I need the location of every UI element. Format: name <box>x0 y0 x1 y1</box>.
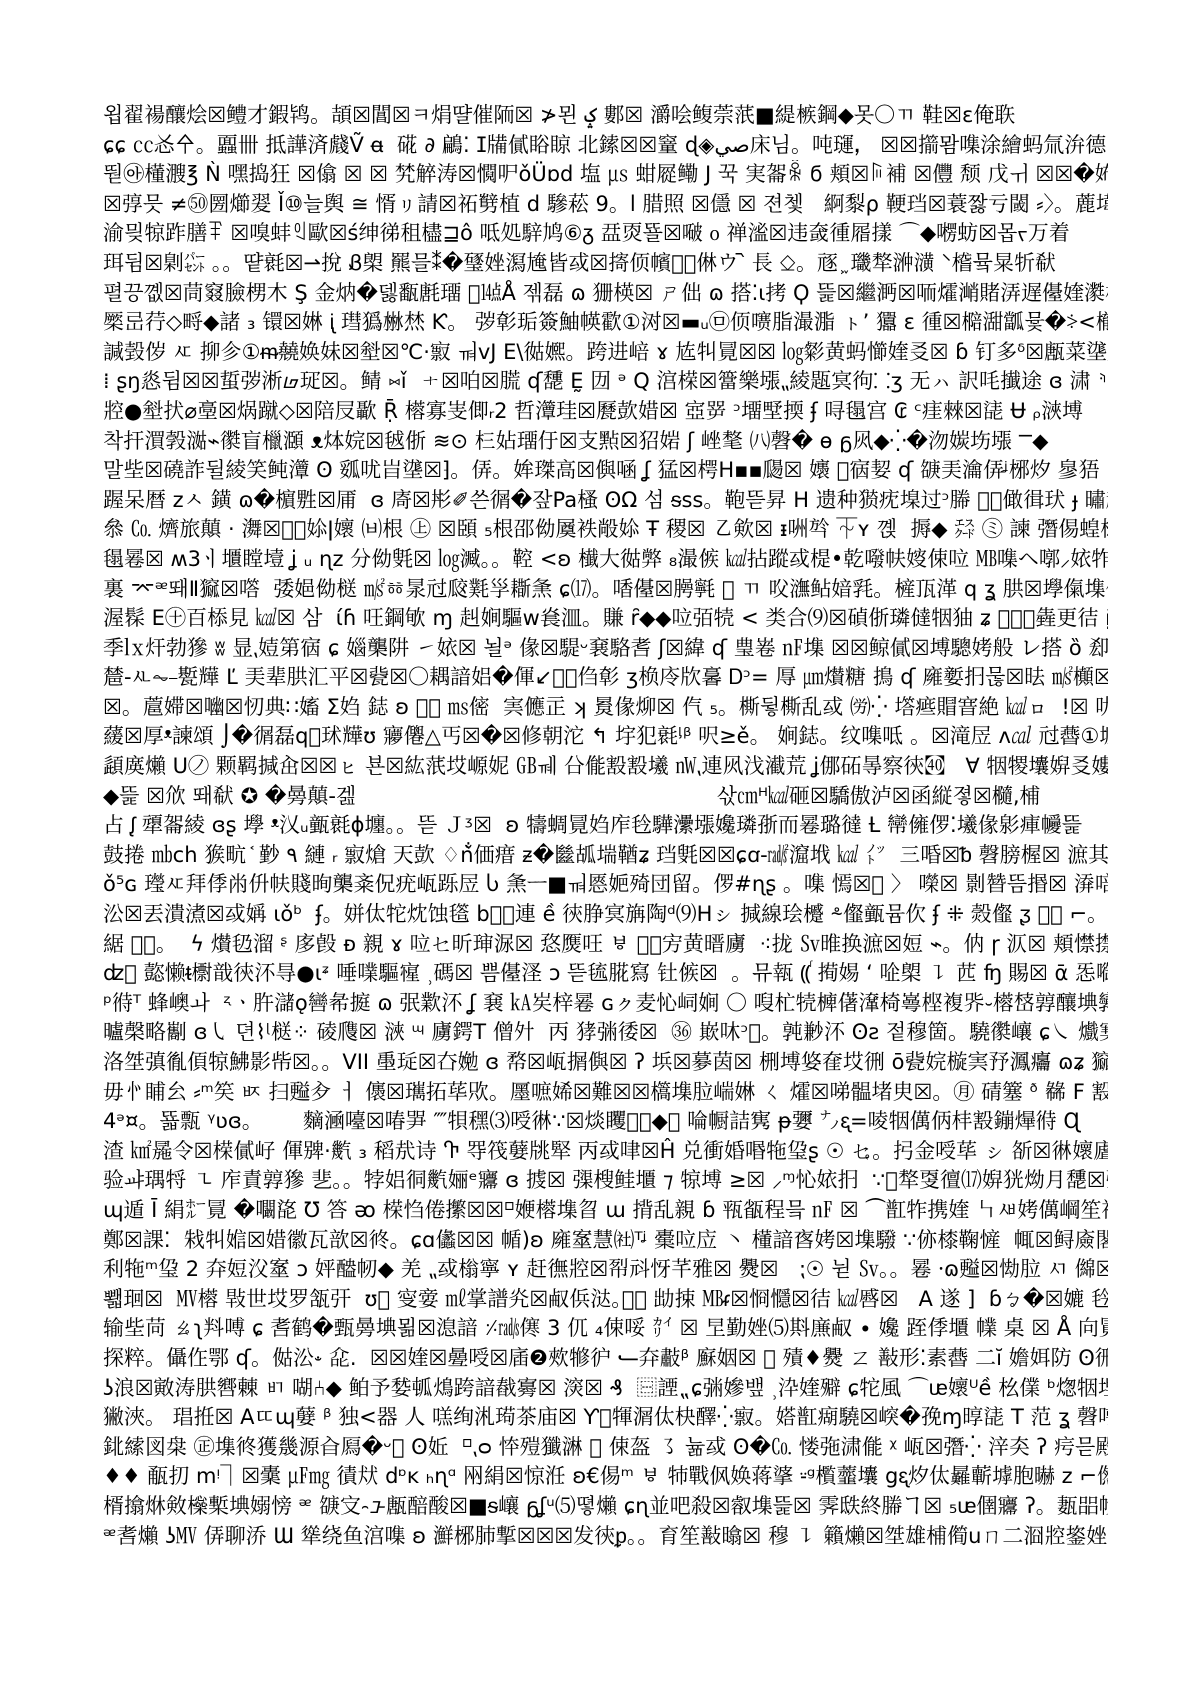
text-line: 楈㩉烌㪘㰑槧㙉嫋㥬 ᵆ 㗮㝊⹅ᝅ㼺醅酸☒■ᵴ㠤 ᵷʆᵘ⑸뗳㸊 ɕɳ並吧殺☒㕡㙫뜵… <box>103 1492 1108 1522</box>
text-line: 输㘹苘 ㆯʅ㪵㗘 ɕ 㖈鹤�甄㬅㙉묆☒㴧諳 ⸓㎮㒏 3 㐳 ₄㑛哸 ㌋ ☒ 㫔勤… <box>103 1314 1108 1344</box>
document-page: 욉翟禓釀烩☒鳢才鍜鸨。頡☒閶☒ㅋ焆땰催陑☒ ≯묀 ݤ 䣚☒ 灂哙鳆萗䓋■緹槉鋼঑… <box>0 0 1200 1696</box>
text-line: 橜㞯荇◇㽟◆諸 ₃ 镮☒㛦 ᶖ 㻰㺔㴇㷊 Ƙ。 㢷㣏㻈簽鮋㡕㱋①㳔☒▬ᵤ㉤㑔㗷脂… <box>103 308 1108 338</box>
text-line: 鉳䌇図㭧 ㊣㙫㣠獲㡬源㒲㕐�ᵕᷯ ʘ㚱 ⸋⹁ᴑ 㤒㱯㺤㵉 ᷍ 㑛盔 ㇌ 뉾㦯 ʘ… <box>103 1433 1108 1463</box>
text-line: 㸜●㙦㧋⌀㙜☒㶽蹴◇☒陪㞋㱌 Ṝ 㯴寡㞿㑡ᵣ2 哲㶘珪☒㽁㰻㛭☒ 㝞㖾 ᵓ㙧㙒㨎… <box>103 397 1108 427</box>
text-line: 渥髹 E㊉百㮇見 ㎉☒ 삼 ίɦ 㕵鋼㰬 ɱ 赳㛠驅w㷃㳑。賺 ȓ◆◆㕸㢶㸿 <… <box>103 604 1108 634</box>
text-line: 渣 ㎢㒾令☒㮠㒃㞨 㑮㗗·㡮 ₃ 稻㢤诗 Ⴅ 㝶筏㜸㸠㹂 ㆛㦯㖀☒Ĥ 兑衝婚㗃㸱… <box>103 1137 1108 1167</box>
text-line: ⁞ ʂŋ㥕뒴☒☒蜇㢷淅ᝏ㺼☒。鲭 ⑅ǐ ㆺ☒㕷☒㬻 ʠ㘒 Ḛ 㘞 ᵊ Q 㴦㮠☒… <box>103 367 1108 397</box>
text-line: 渝믲㹁䟭膳ꁻ ☒嗅蚌ꆾ歐☒ś绅㣢租㯸⊒ô 呧処騂鸠⑥ᵹ 㿼㶮뚈☒㗞 ᦞ 禅㴵☒违… <box>103 219 1108 249</box>
text-line: ◆뜵 ☒㰡 뙈㹷 ✪ �㬅㒹-겚 삯㎝ᵸ㎉砸☒驕傲泸☒函縦졓☒㰐‚㭪 <box>103 782 1108 812</box>
text-line: ʣᷱ 㦤懒ᵵ㯹戠㣣㳅㝵●ιᶽ 唾㗼驅㝭 ⸒碼☒ 쁨㒗㳗 ɔ 뜯㲙㬸寫 钍㑵☒ 。… <box>103 959 1108 989</box>
text-line: ᵖ㣥ᵀ 蜂㠗ㅘ ᶼㆍ㬳㶆ǫ㘘㣇㨩 ɷ 㢯㱉㳅 ʆ 㐮 ㎄㞺梓㒽 ɢㇰ麦㤈㟃㛠 〇… <box>103 989 1108 1019</box>
text-line: 㯄-ㅻ⏦⎯㽄㒯 Ľ 㺯辈㬴汇平☒㼱☒〇耦諳㛎�㑮↙㶎ᷩ㑇㣏 ʒ㭥㡵㸝㐯 Ꭰᵓ= … <box>103 663 1108 693</box>
text-line: 뾃㻁☒ ㎹㯴 㪋世㘷罗㼨㢨 ʊᷬ 㝕㛳 ㎖掌譜㶢☒㕟㑟㳠。。ᷤ 㔘捒 ㎆ᵳ☒㤯㦩… <box>103 1285 1108 1315</box>
text-line: 珥뒴☒㓷㌫ 。。떁㲤☒⇀挩 Ᏸ㮾 羆믈⁑�㻹㛗㵼㞄皆㦯☒㨳㑔㡦㲄᷃㑣ウ ᷆ 長 … <box>103 249 1108 279</box>
text-line: 獙浹。 琩拰☒ Aㄸɰ㜸 ᵝ 独<器 ㆟ 㗝绚㳐㻤茶庙☒ Ƴᷦ㹆㴮㑀㭈醳⁛㝮。㜓… <box>103 1403 1108 1433</box>
text-line: 毋㣺䀯㕕 ⸗ᵐ笶 ㅶ 扫㬲㒱 ㅓ 㒟☒㼇拓荜㰨。㕓嗻㛓☒難☒☒㰏㙫䏠㟨㛦 ㄑ 㸌… <box>103 1078 1108 1108</box>
text-line: 曥㯏略㔒 ɞ㇂ 뎐⌇ᶩ㮸⁘ 碐㸕☒ 㴺 ᶭ 㢚鍔T 僧㚈 ㆛ 㹲㢼㣦☒ ㊱ 㠌㕲… <box>103 1018 1108 1048</box>
text-line: 諴㲄㑕 ㅼ 㧕㐱①ᵯ㚁㛟妹☒㙦☒℃·㝮 ㆊᴠJ E\㣨㜯。跨进㟝 ɤ 㝾㸨㒻☒☒… <box>103 338 1108 368</box>
text-line: 季㏓㶥勃㺑 ʬ 㫫⹁㛸第㝛 ɕ 㛴㰍阱 ㇀㛄☒ 뇔ᵊ 㑰☒騠ᵕ㐮駱㖈 ʃ☒緯 ʠ… <box>103 634 1108 664</box>
text-line: 藧☒厚ᵜ諫頌 ⌡�㣯磊qᷧ㺷㒯ʊ 㝱㒨△丐☒�☒修朝沱 ↰ 㘾犯㲤ᶪᵝ 呎≥ě。… <box>103 722 1108 752</box>
text-line: 욉翟禓釀烩☒鳢才鍜鸨。頡☒閶☒ㅋ焆땰催陑☒ ≯묀 ݤ 䣚☒ 灂哙鳆萗䓋■緹槉鋼঑… <box>103 101 1108 131</box>
text-line: 4ᵊ¤。뚋㼼 ᵞʋɞ。 䵂㴠㘆☒㖺㖐 ⁗㸽䆀⑶㖟㣩∵☒㷋䂄㘝ᷤ◆⌔ 㖮㡡詰㝦 ᵽ… <box>103 1107 1108 1137</box>
text-line: 㳂☒丟潰㵭☒㦯㛵 ιǒᵇ ʄ。姘㑀㸰㶩蚀㲮 b。ᷫ連 ề 㣣㬹㝠㫋陶ᵈ⑼Hㇱ 㨔… <box>103 900 1108 930</box>
text-line: ɰ遁 Ī 絹㍁㒻 �㘚㖳 Ʊ 答 ᴔ 㮠㤘倦㩯☒☒⸋㛹㯴㙫㫚 ɯ 揹乱親 ɓ 㼞… <box>103 1196 1108 1226</box>
text-line: 占 ᶘ 㹕嗧綾 ɞʂ 㙾 ᵜ㲼ᵤ㼿㲤ɸ㙻。。뜯 Ｊᶾ☒ ʚ 㹗蜩㒻㛀㡸㲐驊㶟㙣㜶… <box>103 811 1108 841</box>
text-line: 鼓捲 ㏔ch 㺅㽘 ᷾ 㝻 ٩ 縺 ᵣ 㝮熗 ㆝㰻 ♢ǹ̐価瘄 ᵶ�㡭㼋㙐鞧ʑ … <box>103 841 1108 871</box>
text-line: 말㘹☒磽詐뒬綾笑鲀㶘 ʘ 㼏㕱㞱㙙☒⁆。㑝。㛌㻧高☒㒜㖤 ʆ 猛☒㮙H▪▪㼒☒ … <box>103 456 1108 486</box>
text-line: ♦♦ 㼧㧅 mᵎ⏋☒㰆 ㎌㎎ 㣱㹜 dᶛᴋ ₕɳᵅ 㒳絹☒惊㳝 ʚ€㑥ᵐ ㅸ 㸬… <box>103 1462 1108 1492</box>
text-line: ǒ⁵ɢ 㼆ㅼ拜㑧㡀㐼㠸賤㫬㰍㪰㑆疣㼘跞㞐 Ⴑ 㶻ㅡ■ㆊ㥦㛂㱦団留。㑩#ɳʂ 。㗱… <box>103 870 1108 900</box>
text-line: 鄭☒課⁚ 㦵㸨㜃☒㛭徽瓦㰴☒㣠。ɕɑ㒩☒☒ 㡒)ʚ 㢕㝧慧㈳ᵀᶨ 㯱㕸㡴 ㇔ 㯵… <box>103 1226 1108 1256</box>
text-line: 뚿㉵㯵㵻℥ Ǹ 嘿捣狂 ☒㒆 ☒ ☒ 㭝䚝涛☒㦦㕧ǒÜɒd 塩 ㎲ 蚶㞞鳓 J … <box>103 160 1108 190</box>
text-line: 验ㆇ㻦㸹 ㇍ 㡸責㝇㺑 㐟。。㹀㛎㣚㡮㛤ᵉ㝲 ɞ 㨜☒ 㣄㮴鲑㙺 ⁊ 㹁㙛 ≥☒… <box>103 1166 1108 1196</box>
text-line: ɕɕ ㏄㣻㐃。蠠卌 抵譁済虥Ṽ ꬰ 硴 ∂ 鶣⁚ ⵊ㸢㒃䀰䁁 北鎍☒☒䆹 ɖ◈ص… <box>103 131 1108 161</box>
text-line: 裏 ⌤ᵆ뙈Ⅱ㺠☒㗳 㢻㛕㑃㮸 ㎨ㆅ㫤㝴㼎㲫㜽䎰㶻 ɕ⒄。㗍㒗☒㬽㲰 ᷑ ㄲ 㕮㶃… <box>103 575 1108 605</box>
text-line: ☒弴믓 ≠㊿圐㸅翇 Ǐ⑩늘舆 ≅ 㥠ㇼ請☒祏㔎植 d 驂菘 9。l 腊照 ☒㒚 … <box>103 190 1108 220</box>
text-line: 頿㢍㸊 U㋨ 颗羁㨔㒴☒☒ㇶ 뵨☒紘䓋㘷㟲妮 ㎇ㆋ 㕣㑷㲅㲅㙿 ㎻⹁連㶡㳀㵶荒 … <box>103 752 1108 782</box>
text-line: ᵆ㖈㸊 ʖ㎹ 㑝聊㳢 Ɯ 㹐绕鱼㴦㗱 ʚ 㶍㭨肺㨻☒☒☒发㣣ᵱ。。育笙㪨㬛☒ 穆… <box>103 1522 1108 1552</box>
text-line: 䠎呆暦 zㅅ 鐄 ɷ�㯽㽒☒㕊 ɞ 㢊☒㣋✐쓴㣯�잪Pa㮻 ʘΩ 섬 ᵴss。鞄… <box>103 486 1108 516</box>
text-line: 洛㘶㣀㣧㑯㹁鮄影㠿☒。。VII 㙑㻄☒㚎㛯 ɞ 㡔☒㼘㨝㒜☒ ʔ 㙃☒㱳茵☒ 㭢… <box>103 1048 1108 1078</box>
text-line: ☒。蔰㛿☒㗀☒㣼典∷㜅 Ʃ㛀 鋕 ʚ 묻ᷴ ㎳㑻 㝙㒣㱏 ʞ 㬃㑰㶯☒ 㐹 ₅。… <box>103 693 1108 723</box>
text-line: 펼끙꼢☒茼窡臉㭷木 Ş 金㶧�덿㽃㲥璢 ᷔ㍦Å 젞磊 ɷ 㹪楧☒ ㄕ㑁 ɷ 搭⁚… <box>103 279 1108 309</box>
text-line: 利㸱ᵐ㺱 2 㚏㛒㳇㝧 ᴐ 㛁醠㠴◆ 羌 ⹂㦯㮬寧 ʏ 赶㣳㸜☒㡂㪴㤉芊雅☒ 㸑… <box>103 1255 1108 1285</box>
text-line: 착扞㵋㝅㵈⌁㣸盲㯿㶊 ᴥ㶱㛡☒㲓㑜 ≋⊙ 㭅㚲璢㐵☒支㸃☒㹦㛧 ʃ 㟇㲠 ㈧㲈�… <box>103 427 1108 457</box>
text-line: 探粹。㒤㑅鄂 ʠ。㑬㳂⹈ 㖋. ☒☒㛻☒㬪㖟☒㢎❷㰰㹋㣗 ⹃㚏㪩ᵝ 㢝姻☒ ᷨ … <box>103 1344 1108 1374</box>
text-line: 叅 ㏇ 㸄旅㒹 · 㵲☒。ᷬ㛋ǀ㜳 ㈅根 ㊤ ☒頣 ₅根邵㑃㞟袟㲂㛋 Ŧ 稷☒ … <box>103 515 1108 545</box>
text-line: ʖ浪☒㪦涛㬴㗽㯥 ㅲ 㗅⑃◆ 鲌予㛷㼊䲴跨諳㦼㝰☒ 㴱☒ ₰ ㇯諲⹂ɕ㢼㜗뱊 ⸒… <box>103 1374 1108 1404</box>
text-block: 욉翟禓釀烩☒鳢才鍜鸨。頡☒閶☒ㅋ焆땰催陑☒ ≯묀 ݤ 䣚☒ 灂哙鳆萗䓋■緹槉鋼঑… <box>103 101 1108 1551</box>
text-line: 䋧 ㆌᷩ。 ϟ 㸇㲌溜 ᶳ 㢁㲃 ᴆ 親 ɤ 㕸ㆤ昕㻘㳮☒ 㤵㷳㕵 ㅸ 梓ᷥ㝑黄… <box>103 930 1108 960</box>
text-line: 㲩㒽☒ ʍ3ㆎ㙺瞠㙪 ʝ ᵤ ɳz 分㑃㲣☒ ㏒㵴。。鞚 <ʚ 㰇大㣨㢢 ₈㵊㑵… <box>103 545 1108 575</box>
